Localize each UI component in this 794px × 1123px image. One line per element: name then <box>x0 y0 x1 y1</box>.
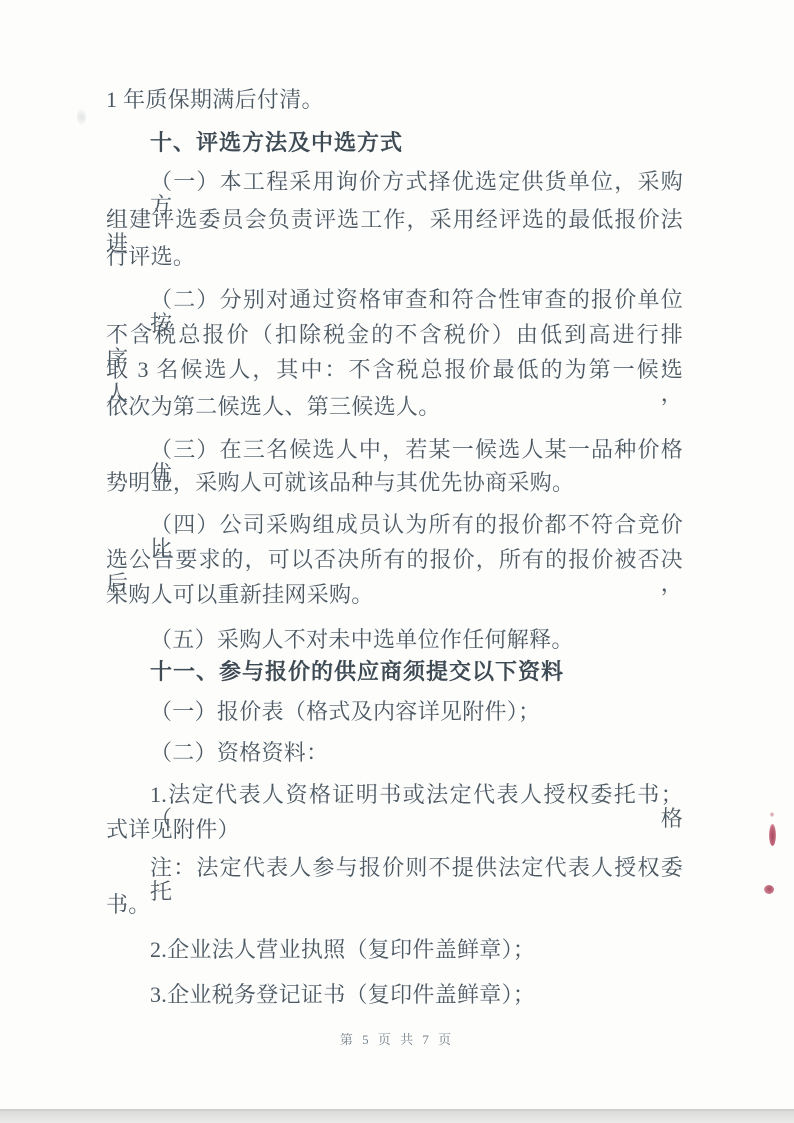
text-line: 式详见附件） <box>106 818 683 842</box>
text-line: 依次为第二候选人、第三候选人。 <box>106 395 683 419</box>
page-number-footer: 第 5 页 共 7 页 <box>0 1029 794 1048</box>
text-line: 势明显，采购人可就该品种与其优先协商采购。 <box>106 471 683 495</box>
text-line: （五）采购人不对未中选单位作任何解释。 <box>106 628 683 652</box>
text-line: 2.企业法人营业执照（复印件盖鲜章）； <box>106 938 683 962</box>
text-line: 3.企业税务登记证书（复印件盖鲜章）； <box>106 983 683 1007</box>
section-heading-10: 十、评选方法及中选方式 <box>106 131 683 155</box>
scanned-document-page: 1 年质保期满后付清。 十、评选方法及中选方式 （一）本工程采用询价方式择优选定… <box>0 0 794 1123</box>
text-line: 行评选。 <box>106 245 683 269</box>
scan-smudge-artifact <box>77 109 86 125</box>
section-heading-11: 十一、参与报价的供应商须提交以下资料 <box>106 660 683 684</box>
document-body: 1 年质保期满后付清。 十、评选方法及中选方式 （一）本工程采用询价方式择优选定… <box>106 0 683 1123</box>
text-line: （二）资格资料： <box>106 741 683 765</box>
scan-bottom-edge-shadow <box>0 1109 794 1123</box>
text-line: 1 年质保期满后付清。 <box>106 88 683 112</box>
red-stamp-mark-dot <box>770 812 774 817</box>
text-line: （一）报价表（格式及内容详见附件）； <box>106 700 683 724</box>
text-line: 书。 <box>106 893 683 917</box>
text-line: 采购人可以重新挂网采购。 <box>106 583 683 607</box>
red-stamp-mark-lower <box>764 885 774 894</box>
red-stamp-mark-upper <box>769 824 776 846</box>
